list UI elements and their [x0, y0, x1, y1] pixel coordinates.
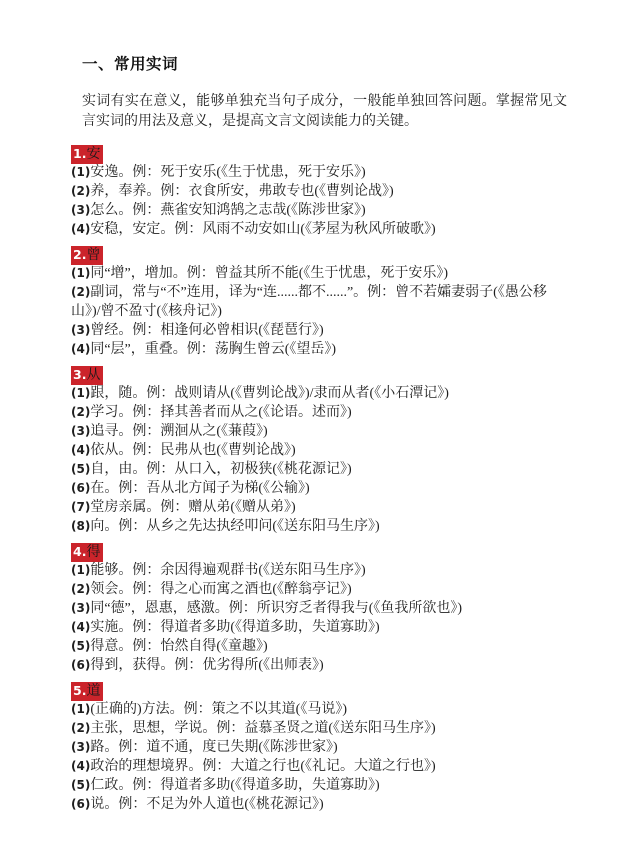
- definition-item: (6)说。例：不足为外人道也(《桃花源记》): [71, 795, 567, 814]
- item-text: 能够。例：余因得遍观群书(《送东阳马生序》): [90, 563, 365, 578]
- item-text: 同“德”，恩惠，感激。例：所识穷乏者得我与(《鱼我所欲也》): [90, 601, 462, 616]
- item-number: (7): [71, 500, 90, 514]
- item-text: 同“层”，重叠。例：荡胸生曾云(《望岳》): [90, 342, 336, 357]
- definition-item: (3)怎么。例：燕雀安知鸿鹄之志哉(《陈涉世家》): [71, 201, 567, 220]
- item-number: (1): [71, 165, 90, 179]
- definition-item: (1)(正确的)方法。例：策之不以其道(《马说》): [71, 700, 567, 719]
- item-text: 同“增”，增加。例：曾益其所不能(《生于忧患，死于安乐》): [90, 266, 448, 281]
- item-number: (3): [71, 203, 90, 217]
- section-number: 1.: [73, 146, 86, 161]
- item-number: (1): [71, 563, 90, 577]
- item-number: (2): [71, 582, 90, 596]
- item-text: 依从。例：民弗从也(《曹刿论战》): [90, 443, 295, 458]
- definition-item: (6)得到，获得。例：优劣得所(《出师表》): [71, 656, 567, 675]
- item-number: (3): [71, 740, 90, 754]
- intro-paragraph: 实词有实在意义，能够单独充当句子成分，一般能单独回答问题。掌握常见文言实词的用法…: [82, 92, 567, 132]
- definition-item: (2)养，奉养。例：衣食所安，弗敢专也(《曹刿论战》): [71, 182, 567, 201]
- item-number: (1): [71, 702, 90, 716]
- item-text: 追寻。例：溯洄从之(《蒹葭》): [90, 424, 267, 439]
- definition-item: (7)堂房亲属。例：赠从弟(《赠从弟》): [71, 498, 567, 517]
- item-number: (3): [71, 601, 90, 615]
- item-number: (4): [71, 342, 90, 356]
- definition-item: (2)领会。例：得之心而寓之酒也(《醉翁亭记》): [71, 580, 567, 599]
- definition-item: (1)跟，随。例：战则请从(《曹刿论战》)/隶而从者(《小石潭记》): [71, 384, 567, 403]
- item-number: (5): [71, 462, 90, 476]
- definition-item: (1)能够。例：余因得遍观群书(《送东阳马生序》): [71, 561, 567, 580]
- item-text: 在。例：吾从北方闻子为梯(《公输》): [90, 481, 309, 496]
- item-number: (3): [71, 424, 90, 438]
- definition-item: (1)安逸。例：死于安乐(《生于忧患，死于安乐》): [71, 163, 567, 182]
- item-number: (2): [71, 285, 90, 299]
- item-number: (1): [71, 386, 90, 400]
- section-header-highlight: 4.得: [71, 543, 103, 562]
- section-number: 5.: [73, 683, 86, 698]
- word-section: 1.安(1)安逸。例：死于安乐(《生于忧患，死于安乐》)(2)养，奉养。例：衣食…: [71, 144, 567, 239]
- section-header-highlight: 5.道: [71, 682, 103, 701]
- item-text: 得意。例：怡然自得(《童趣》): [90, 639, 267, 654]
- item-text: 副词，常与“不”连用，译为“连......都不......”。例：曾不若孀妻弱子…: [71, 285, 547, 319]
- item-number: (4): [71, 222, 90, 236]
- section-number: 4.: [73, 544, 86, 559]
- definition-item: (1)同“增”，增加。例：曾益其所不能(《生于忧患，死于安乐》): [71, 264, 567, 283]
- item-text: 主张，思想，学说。例：益慕圣贤之道(《送东阳马生序》): [90, 721, 435, 736]
- definition-item: (3)路。例：道不通，度已失期(《陈涉世家》): [71, 738, 567, 757]
- item-number: (2): [71, 184, 90, 198]
- word-section: 4.得(1)能够。例：余因得遍观群书(《送东阳马生序》)(2)领会。例：得之心而…: [71, 542, 567, 675]
- section-word: 得: [86, 545, 100, 560]
- item-number: (4): [71, 620, 90, 634]
- item-text: 怎么。例：燕雀安知鸿鹄之志哉(《陈涉世家》): [90, 203, 365, 218]
- definition-item: (4)同“层”，重叠。例：荡胸生曾云(《望岳》): [71, 340, 567, 359]
- section-header: 4.得: [71, 542, 567, 561]
- definition-item: (4)安稳，安定。例：风雨不动安如山(《茅屋为秋风所破歌》): [71, 220, 567, 239]
- section-header: 1.安: [71, 144, 567, 163]
- item-text: 仁政。例：得道者多助(《得道多助，失道寡助》): [90, 778, 379, 793]
- document-page: 一、常用实词 实词有实在意义，能够单独充当句子成分，一般能单独回答问题。掌握常见…: [0, 0, 617, 848]
- section-header: 5.道: [71, 681, 567, 700]
- definition-item: (3)曾经。例：相逢何必曾相识(《琵琶行》): [71, 321, 567, 340]
- item-text: 领会。例：得之心而寓之酒也(《醉翁亭记》): [90, 582, 351, 597]
- item-text: (正确的)方法。例：策之不以其道(《马说》): [90, 702, 347, 717]
- item-number: (3): [71, 323, 90, 337]
- item-number: (6): [71, 658, 90, 672]
- item-number: (2): [71, 405, 90, 419]
- sections-container: 1.安(1)安逸。例：死于安乐(《生于忧患，死于安乐》)(2)养，奉养。例：衣食…: [71, 144, 567, 814]
- definition-item: (4)实施。例：得道者多助(《得道多助，失道寡助》): [71, 618, 567, 637]
- item-number: (6): [71, 481, 90, 495]
- section-word: 从: [86, 368, 100, 383]
- item-number: (5): [71, 778, 90, 792]
- section-header-highlight: 2.曾: [71, 246, 103, 265]
- item-text: 曾经。例：相逢何必曾相识(《琵琶行》): [90, 323, 323, 338]
- item-text: 自，由。例：从口入，初极狭(《桃花源记》): [90, 462, 351, 477]
- section-word: 曾: [86, 248, 100, 263]
- item-text: 说。例：不足为外人道也(《桃花源记》): [90, 797, 323, 812]
- item-text: 向。例：从乡之先达执经叩问(《送东阳马生序》): [90, 519, 379, 534]
- definition-item: (5)仁政。例：得道者多助(《得道多助，失道寡助》): [71, 776, 567, 795]
- definition-item: (4)依从。例：民弗从也(《曹刿论战》): [71, 441, 567, 460]
- item-number: (1): [71, 266, 90, 280]
- definition-item: (2)学习。例：择其善者而从之(《论语。述而》): [71, 403, 567, 422]
- item-text: 实施。例：得道者多助(《得道多助，失道寡助》): [90, 620, 379, 635]
- section-header-highlight: 1.安: [71, 145, 103, 164]
- definition-item: (2)主张，思想，学说。例：益慕圣贤之道(《送东阳马生序》): [71, 719, 567, 738]
- definition-item: (4)政治的理想境界。例：大道之行也(《礼记。大道之行也》): [71, 757, 567, 776]
- item-number: (8): [71, 519, 90, 533]
- definition-item: (3)追寻。例：溯洄从之(《蒹葭》): [71, 422, 567, 441]
- item-number: (5): [71, 639, 90, 653]
- item-text: 安逸。例：死于安乐(《生于忧患，死于安乐》): [90, 165, 365, 180]
- word-section: 5.道(1)(正确的)方法。例：策之不以其道(《马说》)(2)主张，思想，学说。…: [71, 681, 567, 814]
- section-number: 3.: [73, 367, 86, 382]
- item-text: 路。例：道不通，度已失期(《陈涉世家》): [90, 740, 337, 755]
- item-text: 安稳，安定。例：风雨不动安如山(《茅屋为秋风所破歌》): [90, 222, 435, 237]
- definition-item: (5)得意。例：怡然自得(《童趣》): [71, 637, 567, 656]
- section-header: 3.从: [71, 365, 567, 384]
- section-header-highlight: 3.从: [71, 366, 103, 385]
- item-number: (2): [71, 721, 90, 735]
- item-number: (6): [71, 797, 90, 811]
- item-text: 学习。例：择其善者而从之(《论语。述而》): [90, 405, 351, 420]
- word-section: 2.曾(1)同“增”，增加。例：曾益其所不能(《生于忧患，死于安乐》)(2)副词…: [71, 245, 567, 359]
- word-section: 3.从(1)跟，随。例：战则请从(《曹刿论战》)/隶而从者(《小石潭记》)(2)…: [71, 365, 567, 536]
- item-text: 得到，获得。例：优劣得所(《出师表》): [90, 658, 323, 673]
- definition-item: (8)向。例：从乡之先达执经叩问(《送东阳马生序》): [71, 517, 567, 536]
- section-header: 2.曾: [71, 245, 567, 264]
- item-number: (4): [71, 443, 90, 457]
- item-text: 政治的理想境界。例：大道之行也(《礼记。大道之行也》): [90, 759, 435, 774]
- definition-item: (5)自，由。例：从口入，初极狭(《桃花源记》): [71, 460, 567, 479]
- item-text: 养，奉养。例：衣食所安，弗敢专也(《曹刿论战》): [90, 184, 393, 199]
- item-text: 跟，随。例：战则请从(《曹刿论战》)/隶而从者(《小石潭记》): [90, 386, 449, 401]
- doc-heading: 一、常用实词: [82, 55, 567, 75]
- definition-item: (3)同“德”，恩惠，感激。例：所识穷乏者得我与(《鱼我所欲也》): [71, 599, 567, 618]
- definition-item: (2)副词，常与“不”连用，译为“连......都不......”。例：曾不若孀…: [71, 283, 567, 321]
- item-number: (4): [71, 759, 90, 773]
- definition-item: (6)在。例：吾从北方闻子为梯(《公输》): [71, 479, 567, 498]
- section-word: 道: [86, 684, 100, 699]
- section-number: 2.: [73, 247, 86, 262]
- item-text: 堂房亲属。例：赠从弟(《赠从弟》): [90, 500, 295, 515]
- section-word: 安: [86, 147, 100, 162]
